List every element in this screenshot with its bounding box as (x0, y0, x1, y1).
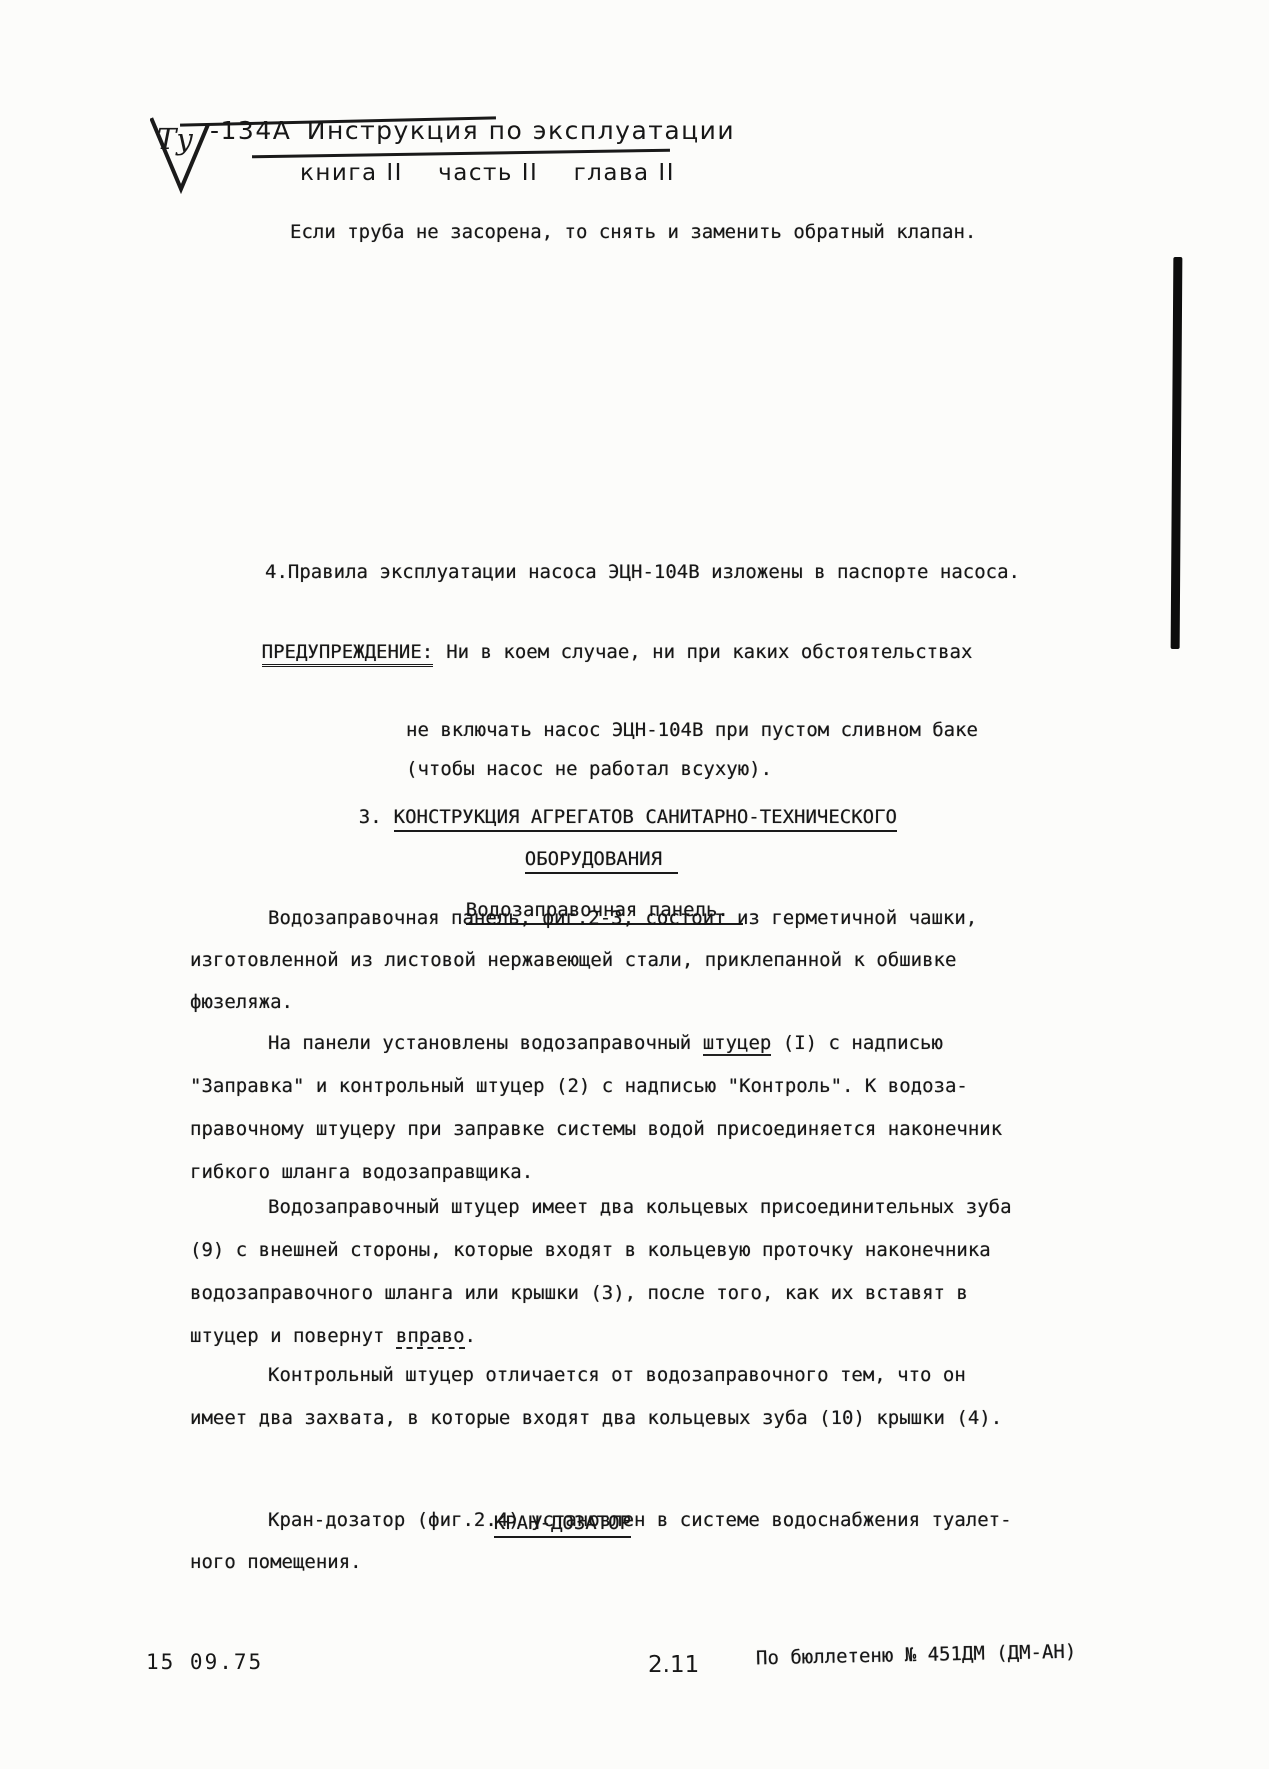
footer-date: 15 09.75 (146, 1650, 263, 1674)
doc-title: Инструкция по эксплуатации (307, 116, 735, 145)
paragraph-line: штуцер и повернут вправо. (190, 1315, 1012, 1358)
revision-bar (1171, 257, 1183, 649)
paragraph-text: штуцер и повернут (190, 1325, 396, 1347)
footer-page-number: 2.11 (648, 1652, 699, 1678)
valve-paragraph: Кран-дозатор (фиг.2.4) установлен в сист… (190, 1499, 1012, 1583)
logo-letters: Ту (157, 122, 193, 156)
paragraph-line: (9) с внешней стороны, которые входят в … (190, 1229, 1012, 1272)
warning-line: ПРЕДУПРЕЖДЕНИЕ:Ни в коем случае, ни при … (193, 594, 978, 711)
paragraph-line: Водозаправочный штуцер имеет два кольцев… (190, 1186, 1012, 1229)
section-number: 3. (359, 806, 382, 828)
paragraph-line: Водозаправочная панель, фиг.2-3, состоит… (190, 897, 977, 939)
page-header: Ту -134А Инструкция по эксплуатации книг… (150, 100, 870, 210)
paragraph-line: Контрольный штуцер отличается от водозап… (190, 1354, 1002, 1397)
pump-rule-line: 4.Правила эксплуатации насоса ЭЦН-104В и… (265, 551, 1020, 594)
header-underline (252, 149, 670, 159)
warning-line: не включать насос ЭЦН-104В при пустом сл… (193, 711, 978, 750)
doc-model: -134А (210, 116, 291, 145)
paragraph-text: (I) с надписью (771, 1032, 943, 1054)
paragraph-line: На панели установлены водозаправочный шт… (190, 1022, 1002, 1065)
paragraph-text: . (465, 1325, 476, 1347)
footer-bulletin-stamp: По бюллетеню № 451ДМ (ДМ-АН) (756, 1641, 1077, 1670)
panel-paragraph-1: Водозаправочная панель, фиг.2-3, состоит… (190, 897, 977, 1023)
paragraph-line: "Заправка" и контрольный штуцер (2) с на… (190, 1065, 1002, 1108)
panel-paragraph-4: Контрольный штуцер отличается от водозап… (190, 1354, 1002, 1440)
paragraph-line: фюзеляжа. (190, 981, 977, 1023)
paragraph-line: ного помещения. (190, 1541, 1012, 1583)
warning-text: Ни в коем случае, ни при каких обстоятел… (446, 641, 972, 663)
paragraph-line: имеет два захвата, в которые входят два … (190, 1397, 1002, 1440)
paragraph-line: Кран-дозатор (фиг.2.4) установлен в сист… (190, 1499, 1012, 1541)
paragraph-text: На панели установлены водозаправочный (268, 1032, 703, 1054)
paragraph-line: правочному штуцеру при заправке системы … (190, 1108, 1002, 1151)
warning-label: ПРЕДУПРЕЖДЕНИЕ: (262, 641, 434, 667)
header-title-line: -134А Инструкция по эксплуатации (210, 116, 735, 145)
paragraph-line: водозаправочного шланга или крышки (3), … (190, 1272, 1012, 1315)
panel-paragraph-3: Водозаправочный штуцер имеет два кольцев… (190, 1186, 1012, 1358)
book-part-line: книга II часть II глава II (300, 160, 675, 186)
panel-paragraph-2: На панели установлены водозаправочный шт… (190, 1022, 1002, 1194)
document-page: Ту -134А Инструкция по эксплуатации книг… (0, 0, 1269, 1769)
paragraph-line: изготовленной из листовой нержавеющей ст… (190, 939, 977, 981)
underlined-word: вправо (396, 1325, 465, 1349)
intro-line: Если труба не засорена, то снять и замен… (290, 211, 976, 254)
underlined-word: штуцер (703, 1032, 772, 1056)
